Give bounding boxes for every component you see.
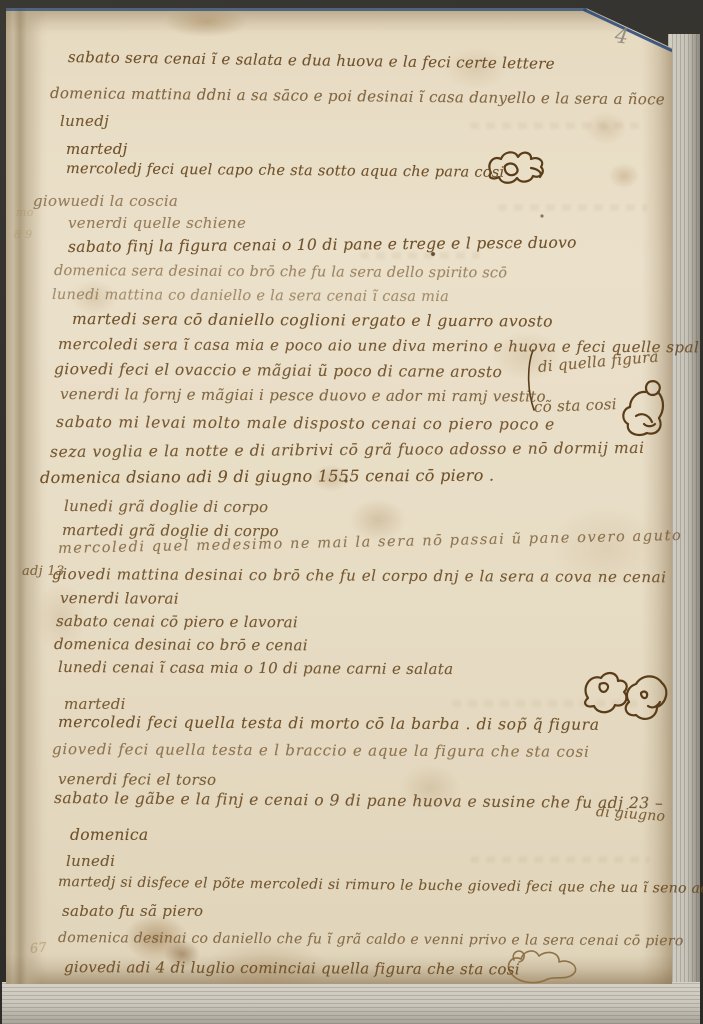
manuscript-line: venerdi quelle schiene	[68, 214, 246, 232]
manuscript-line: martedj	[66, 140, 128, 158]
manuscript-line: lunedi grã doglie di corpo	[64, 497, 268, 516]
manuscript-line: martedi	[64, 695, 126, 713]
manuscript-line: domenica dsiano adi 9 di giugno 1555 cen…	[40, 466, 495, 487]
sketch-crouching-figure	[616, 378, 668, 438]
manuscript-line: sabato le gãbe e la finj e cenai o 9 di …	[54, 789, 663, 812]
margin-note: cõ sta cosi	[534, 395, 617, 416]
manuscript-line: mercoledi feci quella testa di morto cō …	[58, 713, 600, 734]
manuscript-line: giovedi feci quella testa e l braccio e …	[52, 740, 590, 761]
margin-note: mo	[16, 206, 34, 219]
text-layer: sabato sera cenai ĩ e salata e dua huova…	[0, 0, 703, 1024]
manuscript-line: giowuedi la coscia	[33, 192, 178, 210]
manuscript-line: martedi sera cō daniello coglioni ergato…	[72, 310, 553, 331]
manuscript-line: venerdi feci el torso	[58, 770, 216, 789]
margin-note: 8 9	[14, 228, 32, 241]
manuscript-line: giovedi mattina desinai co brō che fu el…	[52, 565, 667, 586]
manuscript-line: seza voglia e la notte e di aribrivi cō …	[50, 439, 645, 461]
manuscript-line: sabato sera cenai ĩ e salata e dua huova…	[68, 48, 555, 73]
manuscript-line: lunedj	[60, 112, 109, 130]
manuscript-line: venerdi lavorai	[60, 589, 179, 608]
margin-note: 67	[29, 940, 48, 957]
manuscript-line: giovedi adi 4 di luglio cominciai quella…	[64, 958, 520, 978]
photo-backdrop: 4 sa	[0, 0, 703, 1024]
manuscript-line: lunedi cenai ĩ casa mia o 10 di pane car…	[58, 658, 453, 678]
manuscript-line: sabato fu sã piero	[62, 902, 203, 920]
manuscript-line: domenica sera desinai co brō che fu la s…	[54, 263, 507, 281]
margin-note: adj 13	[22, 564, 65, 579]
bleed-through-mark	[498, 204, 648, 211]
manuscript-line: sabato cenai cō piero e lavorai	[56, 612, 298, 631]
manuscript-line: lunedi mattina co daniello e la sera cen…	[52, 287, 449, 305]
bleed-through-mark	[470, 122, 640, 129]
manuscript-line: domenica desinai co daniello che fu ĩ gr…	[58, 930, 684, 949]
manuscript-line: mercoledj feci quel capo che sta sotto a…	[66, 161, 505, 181]
manuscript-line: sabato finj la figura cenai o 10 di pane…	[68, 234, 577, 256]
manuscript-line: giovedi feci el ovaccio e mãgiai ũ poco …	[54, 360, 502, 381]
manuscript-line: martedj si disfece el põte mercoledi si …	[58, 874, 703, 897]
manuscript-line: venerdi la fornj e mãgiai i pesce duovo …	[60, 385, 546, 406]
manuscript-line: lunedi	[66, 852, 115, 870]
bleed-through-mark	[470, 856, 650, 863]
manuscript-line: sabato mi levai molto male disposto cena…	[56, 413, 555, 434]
manuscript-line: domenica desinai co brō e cenai	[54, 635, 308, 654]
manuscript-line: domenica mattina ddni a sa sāco e poi de…	[50, 84, 665, 108]
manuscript-line: domenica	[70, 826, 148, 844]
